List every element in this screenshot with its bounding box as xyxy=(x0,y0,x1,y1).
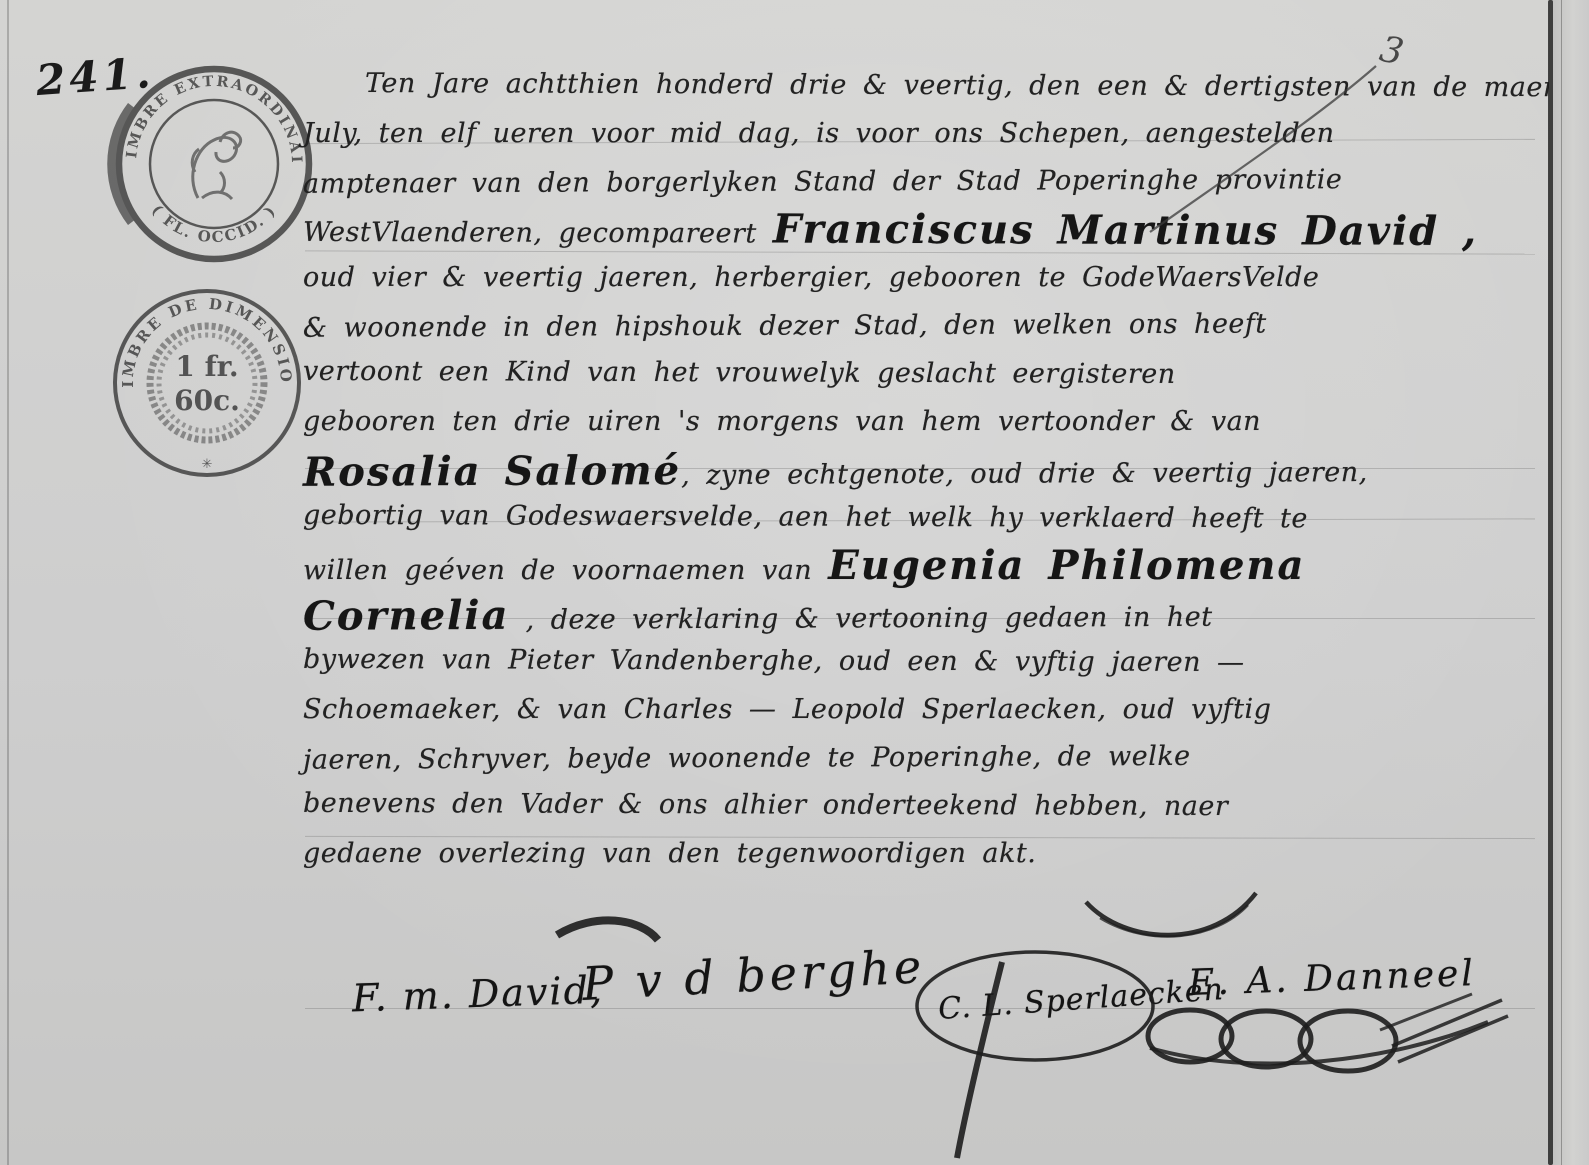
stamp-outer-ring xyxy=(115,291,299,475)
danneel-slash-2 xyxy=(1398,1016,1508,1062)
emphasized-name: Cornelia xyxy=(303,592,510,640)
belgian-lion-icon xyxy=(192,132,240,199)
manuscript-line: jaeren, Schryver, beyde woonende te Pope… xyxy=(303,731,1547,784)
danneel-slash-1 xyxy=(1392,1000,1502,1046)
stamp-value-francs: 1 fr. xyxy=(175,350,238,383)
manuscript-line: Ten Jare achtthien honderd drie & veerti… xyxy=(303,60,1547,112)
book-edge-area xyxy=(1549,0,1589,1165)
manuscript-line: bywezen van Pieter Vandenberghe, oud een… xyxy=(303,636,1547,688)
body-text: gebortig van Godeswaersvelde, aen het we… xyxy=(303,500,1308,535)
body-text: Ten Jare achtthien honderd drie & veerti… xyxy=(365,68,1579,103)
ink-flourish xyxy=(557,920,658,940)
manuscript-body: Ten Jare achtthien honderd drie & veerti… xyxy=(303,62,1547,878)
body-text: , deze verklaring & vertooning gedaen in… xyxy=(509,602,1212,636)
body-text: Schoemaeker, & van Charles — Leopold Spe… xyxy=(303,694,1271,725)
manuscript-line: Rosalia Salomé, zyne echtgenote, oud dri… xyxy=(303,443,1547,496)
signature-sperlaecken: C. L. Sperlaecken xyxy=(937,972,1225,1027)
stamp-inner-ring xyxy=(150,100,278,228)
body-text: vertoont een Kind van het vrouwelyk gesl… xyxy=(303,356,1176,390)
emphasized-name: Eugenia Philomena xyxy=(828,542,1305,589)
manuscript-line: July, ten elf ueren voor mid dag, is voo… xyxy=(303,110,1547,158)
manuscript-line: Schoemaeker, & van Charles — Leopold Spe… xyxy=(303,686,1547,734)
manuscript-line: Cornelia , deze verklaring & vertooning … xyxy=(303,587,1547,640)
body-text: gebooren ten drie uiren 's morgens van h… xyxy=(303,406,1261,437)
danneel-underline xyxy=(1150,1022,1488,1064)
manuscript-line: oud vier & veertig jaeren, herbergier, g… xyxy=(303,254,1547,302)
akt-underline-swash xyxy=(1086,893,1256,935)
emphasized-name: Franciscus Martinus David , xyxy=(773,205,1478,254)
body-text: amptenaer van den borgerlyken Stand der … xyxy=(303,164,1342,200)
stamp-ornament: ✳ xyxy=(202,457,213,472)
signature-danneel: E. A. Danneel xyxy=(1187,953,1476,1004)
manuscript-line: willen geéven de voornaemen van Eugenia … xyxy=(303,542,1547,590)
manuscript-page: 241. A TIMBRE EXTRAORDINAIRE ( FL. OCCID… xyxy=(0,0,1589,1165)
stamp-timbre-extraordinaire: A TIMBRE EXTRAORDINAIRE ( FL. OCCID. ) xyxy=(102,52,326,276)
body-text: gedaene overlezing van den tegenwoordige… xyxy=(303,838,1036,869)
body-text: jaeren, Schryver, beyde woonende te Pope… xyxy=(303,741,1191,776)
manuscript-line: gebooren ten drie uiren 's morgens van h… xyxy=(303,398,1547,446)
danneel-loop-1 xyxy=(1148,1010,1232,1062)
stamp-value-centimes: 60c. xyxy=(174,384,240,417)
body-text: , zyne echtgenote, oud drie & veertig ja… xyxy=(681,457,1368,491)
manuscript-line: amptenaer van den borgerlyken Stand der … xyxy=(303,155,1547,208)
body-text: & woonende in den hipshouk dezer Stad, d… xyxy=(303,309,1267,344)
emphasized-name: Rosalia Salomé xyxy=(303,447,681,496)
body-text: willen geéven de voornaemen van xyxy=(303,555,828,586)
manuscript-line: & woonende in den hipshouk dezer Stad, d… xyxy=(303,299,1547,352)
left-fold-line xyxy=(7,0,9,1165)
manuscript-line: benevens den Vader & ons alhier ondertee… xyxy=(303,780,1547,832)
manuscript-line: vertoont een Kind van het vrouwelyk gesl… xyxy=(303,348,1547,400)
signature-vandenberghe: P v d berghe xyxy=(581,939,927,1011)
manuscript-line: gebortig van Godeswaersvelde, aen het we… xyxy=(303,492,1547,544)
laurel-wreath-icon xyxy=(150,326,264,440)
signature-fm-david: F. m. David, xyxy=(351,968,604,1021)
body-text: WestVlaenderen, gecompareert xyxy=(303,217,773,250)
danneel-loop-3 xyxy=(1300,1011,1396,1071)
page-edge-line-thin xyxy=(1561,0,1562,1165)
manuscript-line: WestVlaenderen, gecompareert Franciscus … xyxy=(303,204,1547,256)
danneel-loop-2 xyxy=(1221,1011,1311,1067)
page-edge-line xyxy=(1548,0,1553,1165)
manuscript-line: gedaene overlezing van den tegenwoordige… xyxy=(303,830,1547,878)
akt-underline-swash-2 xyxy=(1100,905,1248,937)
body-text: benevens den Vader & ons alhier ondertee… xyxy=(303,788,1228,822)
stamp-timbre-de-dimension: TIMBRE DE DIMENSION ✳ 1 fr. 60c. xyxy=(100,276,314,490)
body-text: oud vier & veertig jaeren, herbergier, g… xyxy=(303,262,1319,293)
body-text: July, ten elf ueren voor mid dag, is voo… xyxy=(303,118,1335,149)
danneel-slash-3 xyxy=(1380,994,1472,1030)
body-text: bywezen van Pieter Vandenberghe, oud een… xyxy=(303,644,1245,678)
